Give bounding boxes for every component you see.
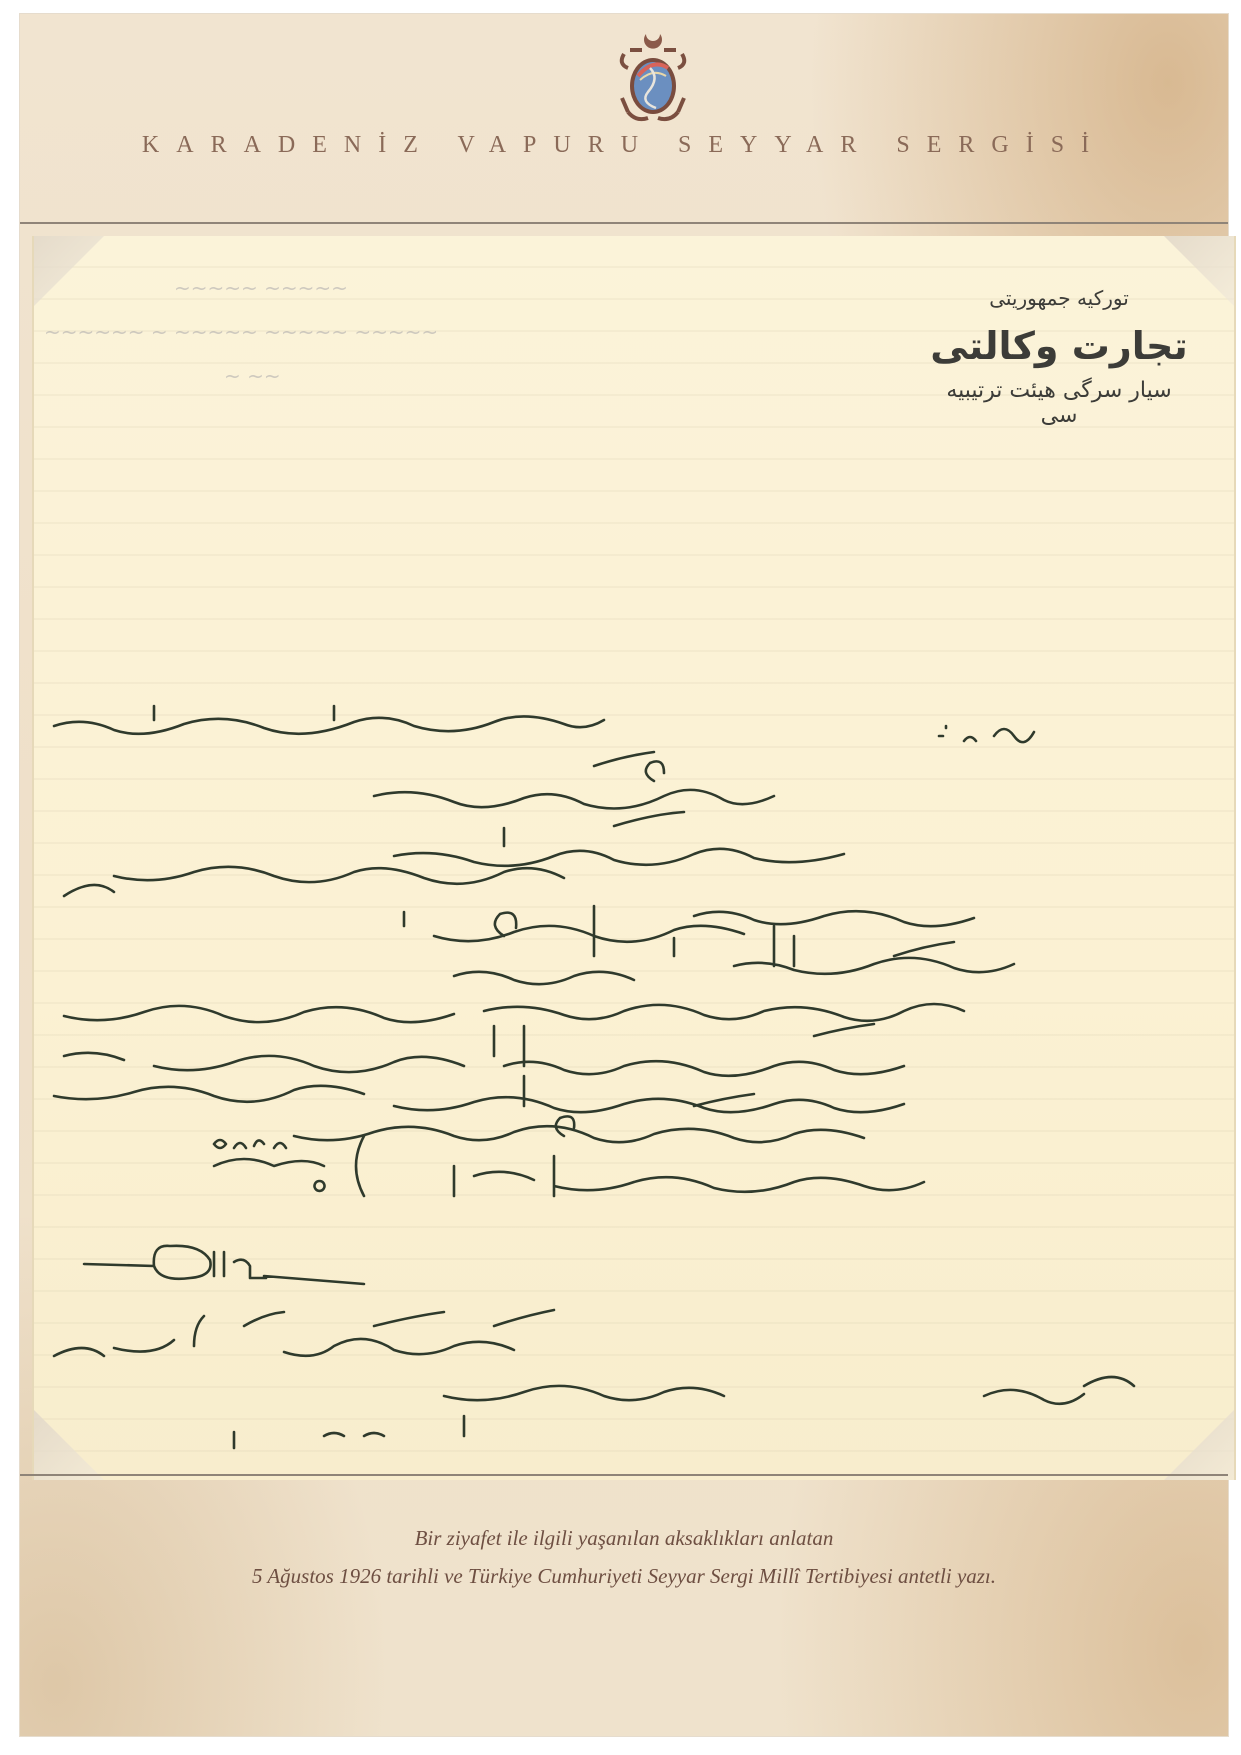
handwritten-letter-body	[34, 236, 1234, 1480]
letter-document: ~~~~~ ~~~~~ ~~~~~~ ~ ~~~~~ ~~~~~ ~~~~~ ~…	[32, 236, 1236, 1480]
crescent-anchor-emblem-icon	[610, 28, 696, 128]
page-parchment: KARADENİZ VAPURU SEYYAR SERGİSİ ~~~~~ ~~…	[20, 14, 1228, 1736]
page-header: KARADENİZ VAPURU SEYYAR SERGİSİ	[20, 14, 1228, 224]
caption-line-2: 5 Ağustos 1926 tarihli ve Türkiye Cumhur…	[20, 1557, 1228, 1595]
header-divider	[20, 222, 1228, 224]
caption-divider	[20, 1474, 1228, 1476]
document-caption: Bir ziyafet ile ilgili yaşanılan aksaklı…	[20, 1519, 1228, 1595]
caption-line-1: Bir ziyafet ile ilgili yaşanılan aksaklı…	[20, 1519, 1228, 1557]
exhibition-title: KARADENİZ VAPURU SEYYAR SERGİSİ	[20, 132, 1228, 159]
